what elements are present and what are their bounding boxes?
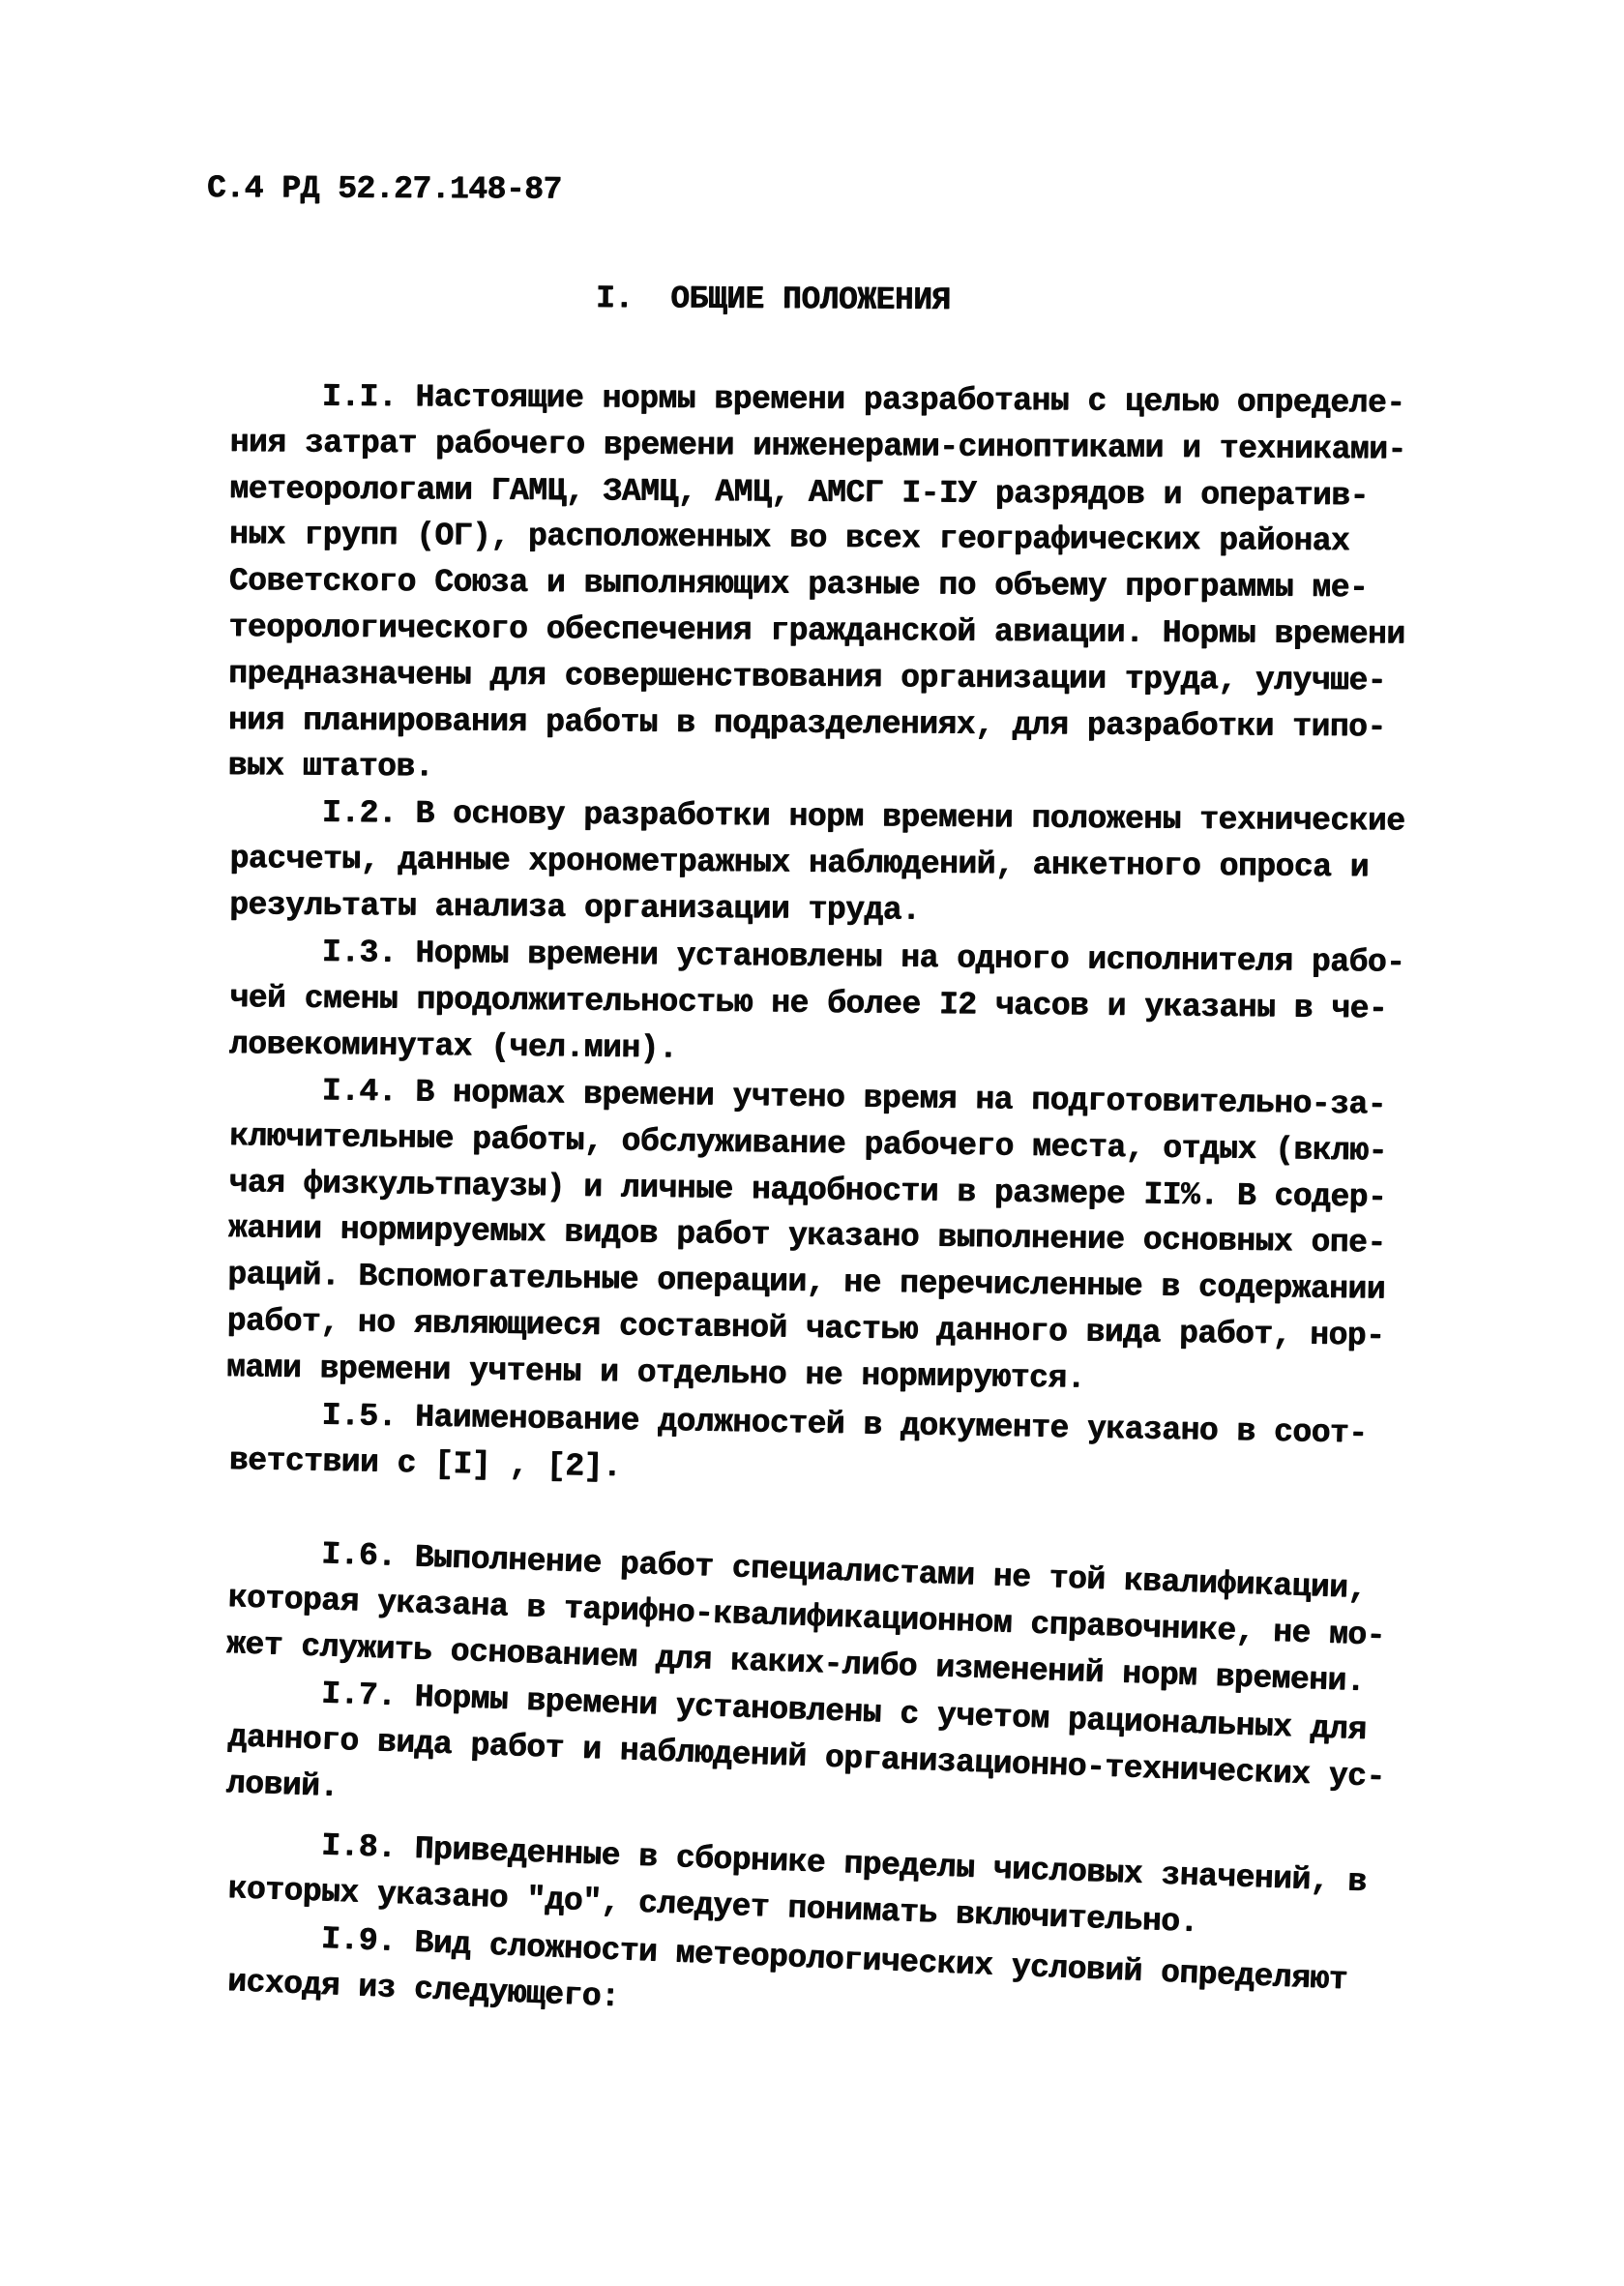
page-header: С.4 РД 52.27.148-87 (207, 170, 562, 208)
paragraph-1-2: I.2. В основу разработки норм времени по… (229, 789, 1420, 937)
section-title: I. ОБЩИЕ ПОЛОЖЕНИЯ (596, 281, 951, 318)
paragraph-1-3: I.3. Нормы времени установлены на одного… (229, 929, 1420, 1079)
paragraph-1-1: I.I. Настоящие нормы времени разработаны… (227, 373, 1420, 797)
document-body: I.I. Настоящие нормы времени разработаны… (230, 373, 1420, 2004)
paragraph-1-4: I.4. В нормах времени учтено время на по… (226, 1067, 1420, 1407)
scanned-document-page: С.4 РД 52.27.148-87 I. ОБЩИЕ ПОЛОЖЕНИЯ I… (0, 0, 1624, 2286)
paragraph-1-5: I.5. Наименование должностей в документе… (228, 1391, 1419, 1504)
